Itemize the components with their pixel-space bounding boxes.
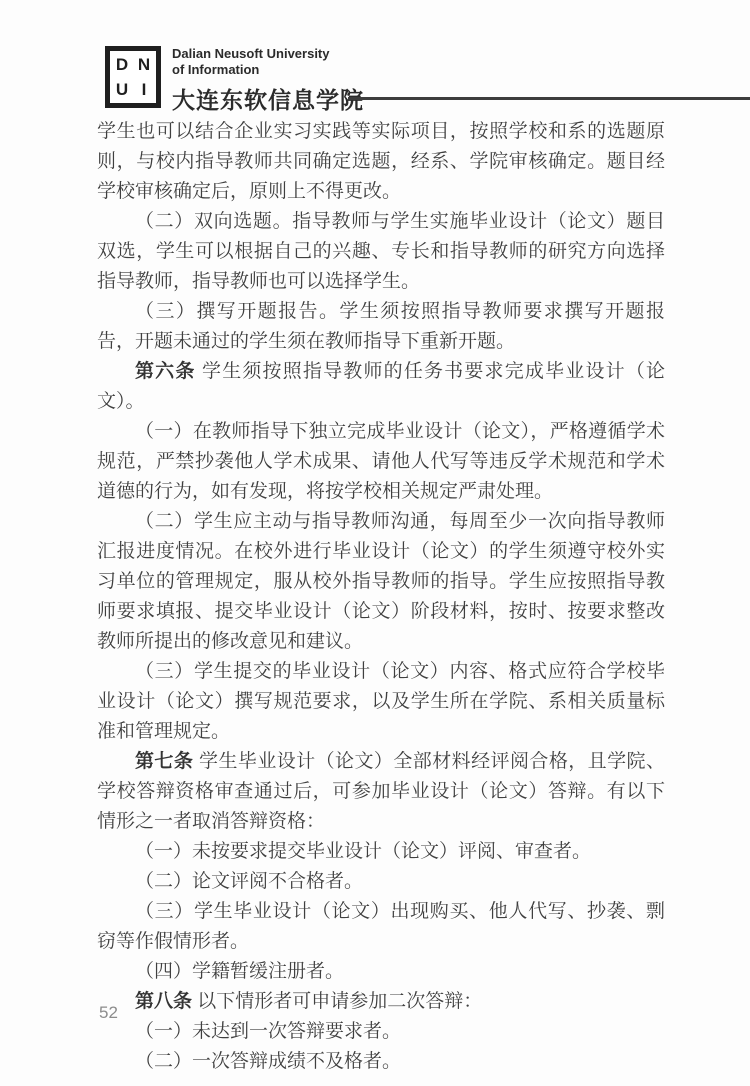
university-name-en-line1: Dalian Neusoft University — [172, 46, 364, 62]
paragraph-article-6-item-1: （一）在教师指导下独立完成毕业设计（论文），严格遵循学术规范，严禁抄袭他人学术成… — [97, 417, 665, 507]
paragraph-article-7-item-1: （一）未按要求提交毕业设计（论文）评阅、审查者。 — [97, 837, 665, 867]
university-name-zh: 大连东软信息学院 — [172, 82, 364, 115]
logo-letter: N — [138, 56, 150, 73]
article-7-label: 第七条 — [135, 751, 199, 772]
paragraph-article-6-item-3: （三）学生提交的毕业设计（论文）内容、格式应符合学校毕业设计（论文）撰写规范要求… — [97, 657, 665, 747]
paragraph-item-3: （三）撰写开题报告。学生须按照指导教师要求撰写开题报告，开题未通过的学生须在教师… — [97, 297, 665, 357]
logo-letter: D — [116, 56, 128, 73]
header-rule-line — [348, 97, 750, 100]
logo-letter: U — [116, 81, 128, 98]
university-name-en: Dalian Neusoft University of Information — [172, 46, 364, 78]
paragraph-continuation: 学生也可以结合企业实习实践等实际项目，按照学校和系的选题原则，与校内指导教师共同… — [97, 117, 665, 207]
dnui-logo: D N U I — [105, 46, 161, 108]
article-8-label: 第八条 — [135, 991, 197, 1012]
paragraph-article-8-item-1: （一）未达到一次答辩要求者。 — [97, 1017, 665, 1047]
logo-letter: I — [142, 81, 147, 98]
paragraph-article-7: 第七条 学生毕业设计（论文）全部材料经评阅合格，且学院、学校答辩资格审查通过后，… — [97, 747, 665, 837]
university-names: Dalian Neusoft University of Information… — [172, 46, 364, 115]
document-body: 学生也可以结合企业实习实践等实际项目，按照学校和系的选题原则，与校内指导教师共同… — [97, 117, 665, 1077]
paragraph-article-8-item-2: （二）一次答辩成绩不及格者。 — [97, 1047, 665, 1077]
paragraph-article-6-item-2: （二）学生应主动与指导教师沟通，每周至少一次向指导教师汇报进度情况。在校外进行毕… — [97, 507, 665, 657]
paragraph-article-6: 第六条 学生须按照指导教师的任务书要求完成毕业设计（论文）。 — [97, 357, 665, 417]
paragraph-article-7-item-3: （三）学生毕业设计（论文）出现购买、他人代写、抄袭、剽窃等作假情形者。 — [97, 897, 665, 957]
paragraph-item-2: （二）双向选题。指导教师与学生实施毕业设计（论文）题目双选，学生可以根据自己的兴… — [97, 207, 665, 297]
paragraph-article-7-item-4: （四）学籍暂缓注册者。 — [97, 957, 665, 987]
paragraph-article-8: 第八条 以下情形者可申请参加二次答辩： — [97, 987, 665, 1017]
article-6-label: 第六条 — [135, 361, 202, 382]
university-name-en-line2: of Information — [172, 62, 364, 78]
paragraph-article-7-item-2: （二）论文评阅不合格者。 — [97, 867, 665, 897]
page-number: 52 — [99, 1003, 118, 1023]
